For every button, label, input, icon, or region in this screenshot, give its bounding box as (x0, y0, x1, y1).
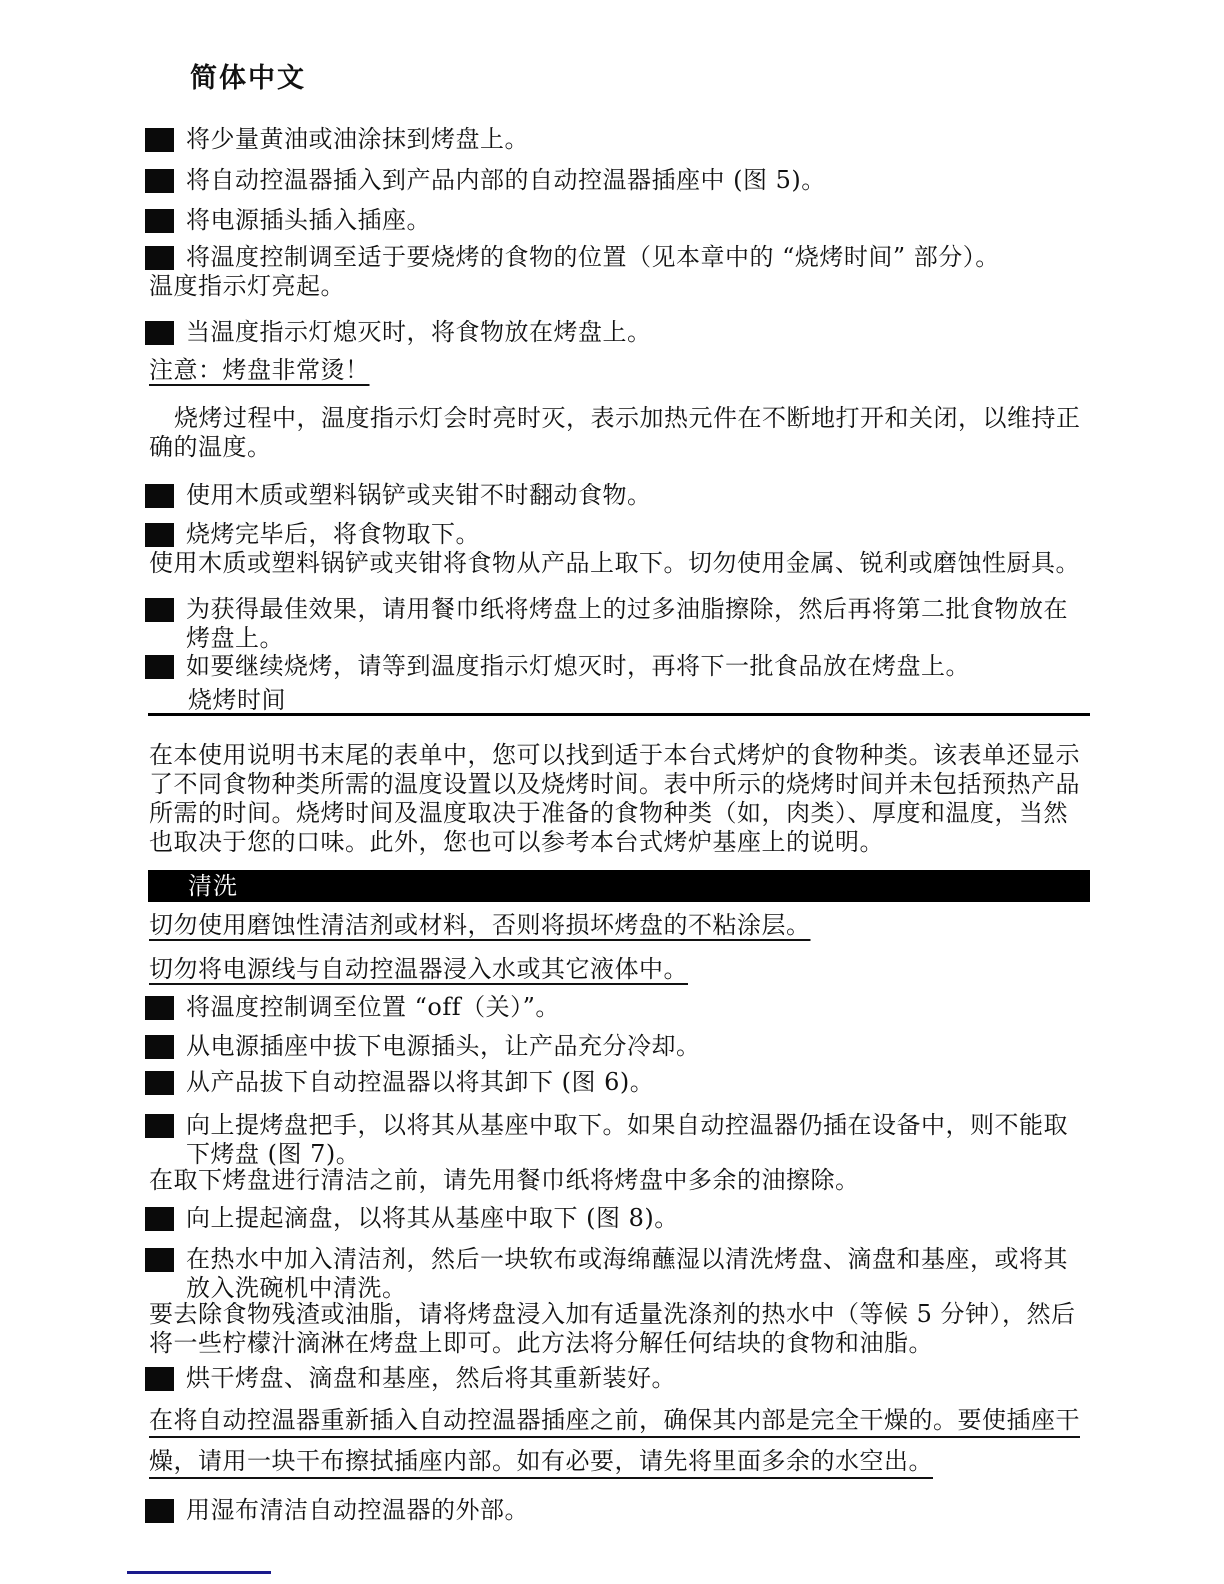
heading-rule (148, 713, 1090, 716)
bullet-square-icon (145, 1248, 174, 1272)
step-text: 从产品拔下自动控温器以将其卸下 (图 6)。 (186, 1068, 654, 1096)
clean-step-2: 从电源插座中拔下电源插头，让产品充分冷却。 (145, 1032, 1090, 1061)
hot-plate-warning: 注意：烤盘非常烫！ (149, 356, 1090, 385)
manual-page: 简体中文 将少量黄油或油涂抹到烤盘上。 将自动控温器插入到产品内部的自动控温器插… (0, 0, 1224, 1584)
soak-note: 要去除食物残渣或油脂，请将烤盘浸入加有适量洗涤剂的热水中（等候 5 分钟），然后… (149, 1300, 1090, 1358)
grill-step-4: 将温度控制调至适于要烧烤的食物的位置（见本章中的 “烧烤时间” 部分）。 (145, 243, 1090, 272)
grill-step-5: 当温度指示灯熄灭时，将食物放在烤盘上。 (145, 318, 1090, 347)
step-text: 在热水中加入清洁剂，然后一块软布或海绵蘸湿以清洗烤盘、滴盘和基座，或将其放入洗碗… (186, 1245, 1068, 1302)
step-text: 当温度指示灯熄灭时，将食物放在烤盘上。 (186, 318, 652, 346)
bullet-square-icon (145, 128, 174, 152)
bullet-square-icon (145, 484, 174, 508)
bullet-square-icon (145, 1035, 174, 1059)
bullet-square-icon (145, 1367, 174, 1391)
step-text: 将少量黄油或油涂抹到烤盘上。 (186, 125, 529, 153)
bullet-square-icon (145, 1207, 174, 1231)
indicator-on-note: 温度指示灯亮起。 (149, 272, 1090, 301)
bullet-square-icon (145, 1071, 174, 1095)
grill-step-2: 将自动控温器插入到产品内部的自动控温器插座中 (图 5)。 (145, 166, 1090, 195)
indicator-cycle-note: 烧烤过程中，温度指示灯会时亮时灭，表示加热元件在不断地打开和关闭，以维持正确的温… (149, 404, 1090, 462)
step-text: 从电源插座中拔下电源插头，让产品充分冷却。 (186, 1032, 701, 1060)
step-text: 将自动控温器插入到产品内部的自动控温器插座中 (图 5)。 (186, 166, 826, 194)
grill-step-3: 将电源插头插入插座。 (145, 206, 1090, 235)
step-text: 用湿布清洁自动控温器的外部。 (186, 1496, 529, 1524)
step-text: 如要继续烧烤，请等到温度指示灯熄灭时，再将下一批食品放在烤盘上。 (186, 652, 970, 680)
bullet-square-icon (145, 1114, 174, 1138)
cleaning-warning-1: 切勿使用磨蚀性清洁剂或材料，否则将损坏烤盘的不粘涂层。 (149, 911, 1090, 940)
grill-step-1: 将少量黄油或油涂抹到烤盘上。 (145, 125, 1090, 154)
language-header: 简体中文 (190, 56, 306, 95)
step-text: 烘干烤盘、滴盘和基座，然后将其重新装好。 (186, 1364, 676, 1392)
step-text: 将温度控制调至位置 “off（关）”。 (186, 993, 560, 1021)
footer-divider-line (127, 1571, 271, 1574)
bullet-square-icon (145, 246, 174, 270)
step-text: 向上提烤盘把手，以将其从基座中取下。如果自动控温器仍插在设备中，则不能取下烤盘 … (186, 1111, 1068, 1168)
grill-step-6: 使用木质或塑料锅铲或夹钳不时翻动食物。 (145, 481, 1090, 510)
step-text: 使用木质或塑料锅铲或夹钳不时翻动食物。 (186, 481, 652, 509)
remove-food-note: 使用木质或塑料锅铲或夹钳将食物从产品上取下。切勿使用金属、锐利或磨蚀性厨具。 (149, 549, 1090, 578)
step-text: 将温度控制调至适于要烧烤的食物的位置（见本章中的 “烧烤时间” 部分）。 (186, 243, 1000, 271)
bullet-square-icon (145, 169, 174, 193)
cleaning-section-banner: 清洗 (148, 870, 1090, 902)
clean-step-5: 向上提起滴盘，以将其从基座中取下 (图 8)。 (145, 1204, 1090, 1233)
step-text: 为获得最佳效果，请用餐巾纸将烤盘上的过多油脂擦除，然后再将第二批食物放在烤盘上。 (186, 595, 1068, 652)
bullet-square-icon (145, 996, 174, 1020)
clean-step-7: 烘干烤盘、滴盘和基座，然后将其重新装好。 (145, 1364, 1090, 1393)
clean-step-8: 用湿布清洁自动控温器的外部。 (145, 1496, 1090, 1525)
bullet-square-icon (145, 523, 174, 547)
clean-step-6: 在热水中加入清洁剂，然后一块软布或海绵蘸湿以清洗烤盘、滴盘和基座，或将其放入洗碗… (145, 1245, 1090, 1303)
grill-step-8: 为获得最佳效果，请用餐巾纸将烤盘上的过多油脂擦除，然后再将第二批食物放在烤盘上。 (145, 595, 1090, 653)
grilling-times-body: 在本使用说明书末尾的表单中，您可以找到适于本台式烤炉的食物种类。该表单还显示了不… (149, 741, 1090, 857)
bullet-square-icon (145, 321, 174, 345)
grill-step-7: 烧烤完毕后，将食物取下。 (145, 520, 1090, 549)
clean-step-3: 从产品拔下自动控温器以将其卸下 (图 6)。 (145, 1068, 1090, 1097)
grill-step-9: 如要继续烧烤，请等到温度指示灯熄灭时，再将下一批食品放在烤盘上。 (145, 652, 1090, 681)
bullet-square-icon (145, 209, 174, 233)
clean-step-1: 将温度控制调至位置 “off（关）”。 (145, 993, 1090, 1022)
grilling-times-heading: 烧烤时间 (188, 686, 1129, 715)
step-text: 将电源插头插入插座。 (186, 206, 431, 234)
step-text: 烧烤完毕后，将食物取下。 (186, 520, 480, 548)
clean-step-4: 向上提烤盘把手，以将其从基座中取下。如果自动控温器仍插在设备中，则不能取下烤盘 … (145, 1111, 1090, 1169)
cleaning-warning-2: 切勿将电源线与自动控温器浸入水或其它液体中。 (149, 955, 1090, 984)
bullet-square-icon (145, 1499, 174, 1523)
bullet-square-icon (145, 598, 174, 622)
step-text: 向上提起滴盘，以将其从基座中取下 (图 8)。 (186, 1204, 679, 1232)
bullet-square-icon (145, 655, 174, 679)
dry-connector-warning: 在将自动控温器重新插入自动控温器插座之前，确保其内部是完全干燥的。要使插座干燥，… (149, 1400, 1090, 1482)
wipe-before-removal-note: 在取下烤盘进行清洁之前，请先用餐巾纸将烤盘中多余的油擦除。 (149, 1166, 1090, 1195)
